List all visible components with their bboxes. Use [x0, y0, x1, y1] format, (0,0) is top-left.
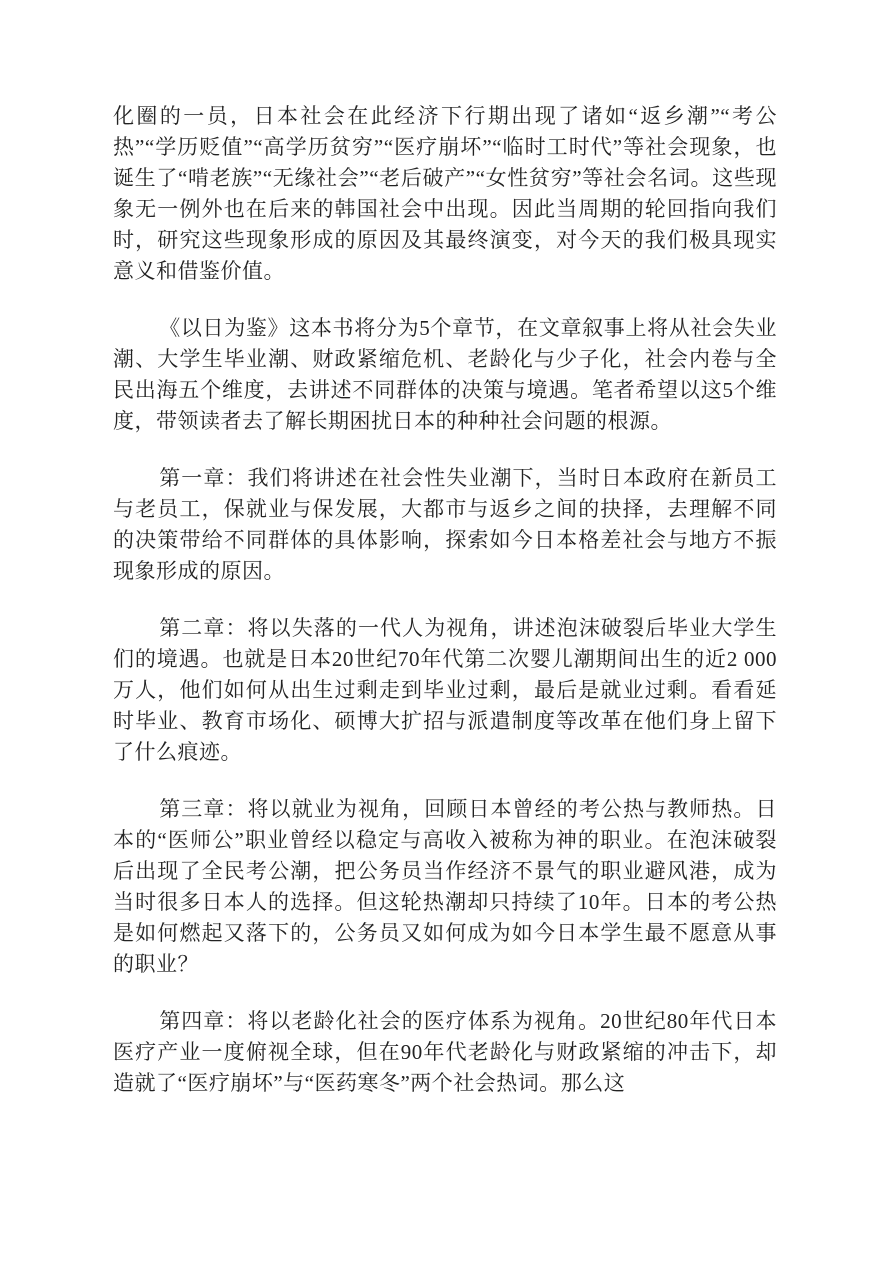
paragraph-chapter-4: 第四章：将以老龄化社会的医疗体系为视角。20世纪80年代日本医疗产业一度俯视全球… — [113, 1006, 777, 1099]
paragraph-chapter-1: 第一章：我们将讲述在社会性失业潮下，当时日本政府在新员工与老员工，保就业与保发展… — [113, 463, 777, 587]
paragraph-book-overview: 《以日为鉴》这本书将分为5个章节，在文章叙事上将从社会失业潮、大学生毕业潮、财政… — [113, 313, 777, 437]
document-page: 化圈的一员，日本社会在此经济下行期出现了诸如“返乡潮”“考公热”“学历贬值”“高… — [0, 0, 892, 1261]
paragraph-chapter-3: 第三章：将以就业为视角，回顾日本曾经的考公热与教师热。日本的“医师公”职业曾经以… — [113, 794, 777, 980]
paragraph-continuation: 化圈的一员，日本社会在此经济下行期出现了诸如“返乡潮”“考公热”“学历贬值”“高… — [113, 101, 777, 287]
body-text-block: 化圈的一员，日本社会在此经济下行期出现了诸如“返乡潮”“考公热”“学历贬值”“高… — [113, 101, 777, 1125]
paragraph-chapter-2: 第二章：将以失落的一代人为视角，讲述泡沫破裂后毕业大学生们的境遇。也就是日本20… — [113, 613, 777, 768]
